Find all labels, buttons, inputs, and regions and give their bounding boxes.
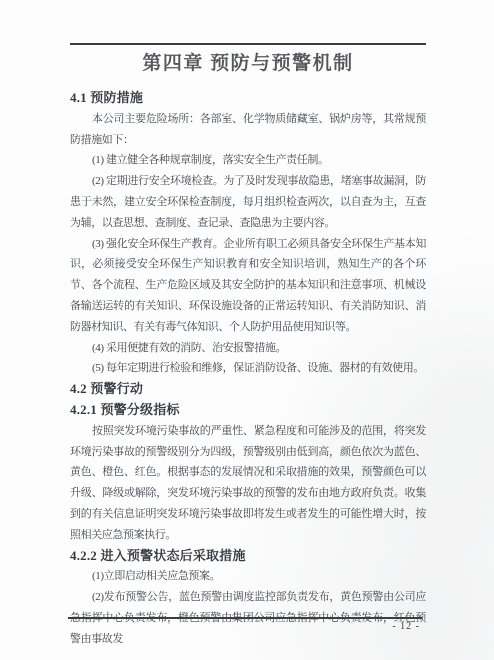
- document-content: 第四章 预防与预警机制 4.1 预防措施 本公司主要危险场所：各部室、化学物质储…: [70, 51, 426, 650]
- paragraph-item-2: (2) 定期进行安全环境检查。为了及时发现事故隐患，堵塞事故漏洞，防患于未然，建…: [70, 171, 426, 233]
- header-rule: [70, 43, 426, 45]
- section-heading-4-2: 4.2 预警行动: [70, 379, 426, 400]
- paragraph-item-3: (3) 强化安全环保生产教育。企业所有职工必须具备安全环保生产基本知识，必须接受…: [70, 234, 426, 338]
- paragraph-item-4: (4) 采用便捷有效的消防、治安报警措施。: [70, 338, 426, 359]
- section-heading-4-2-2: 4.2.2 进入预警状态后采取措施: [70, 546, 426, 567]
- paragraph-item-5: (5) 每年定期进行检验和维修，保证消防设备、设施、器材的有效使用。: [70, 358, 426, 379]
- paragraph-item-1: (1) 建立健全各种规章制度，落实安全生产责任制。: [70, 150, 426, 171]
- section-heading-4-1: 4.1 预防措施: [70, 88, 426, 109]
- section-heading-4-2-1: 4.2.1 预警分级指标: [70, 400, 426, 421]
- paragraph-measure-1: (1)立即启动相关应急预案。: [70, 566, 426, 587]
- scanned-document-page: 第四章 预防与预警机制 4.1 预防措施 本公司主要危险场所：各部室、化学物质储…: [0, 0, 494, 660]
- chapter-title: 第四章 预防与预警机制: [70, 51, 426, 77]
- page-number: - 12 -: [392, 621, 420, 632]
- paragraph-warning-levels: 按照突发环境污染事故的严重性、紧急程度和可能涉及的范围，将突发环境污染事故的预警…: [70, 421, 426, 546]
- footer-rule: [68, 617, 422, 619]
- paragraph-intro: 本公司主要危险场所：各部室、化学物质储藏室、锅炉房等，其常规预防措施如下：: [70, 109, 426, 151]
